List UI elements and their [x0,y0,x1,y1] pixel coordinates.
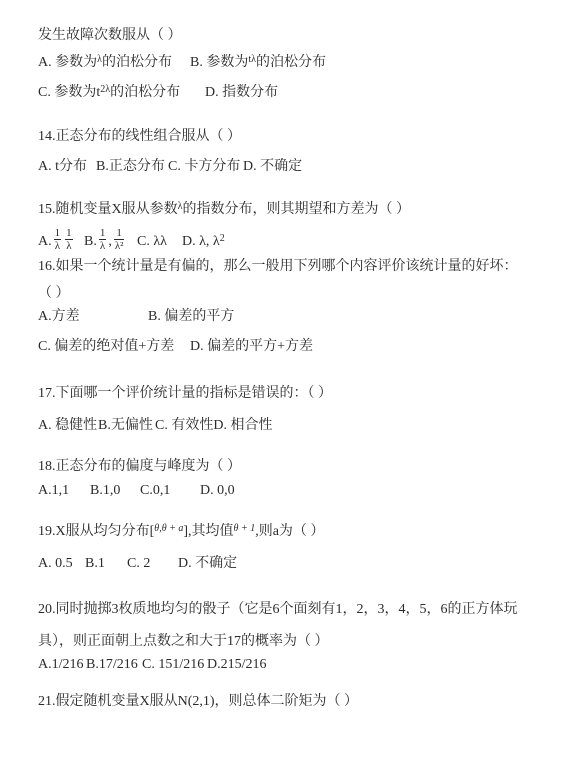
q13-option-a: A. 参数为λ的泊松分布 [38,54,190,72]
q13-option-c-suffix: 的泊松分布 [110,85,180,100]
q18-option-d: D. 0,0 [200,482,235,500]
q13-stem: 发生故障次数服从（ ） [38,27,543,45]
q20-option-c: C. 151/216 [142,656,207,674]
q20-stem-line-2: 具），则正面朝上点数之和大于17的概率为（ ） [38,633,543,651]
q16-options-row-1: A.方差 B. 偏差的平方 [38,308,543,326]
exam-document-page: 发生故障次数服从（ ） A. 参数为λ的泊松分布 B. 参数为tλ的泊松分布 C… [0,0,569,779]
fraction-one-over-lambda: 1λ [99,227,107,252]
q14-option-a: A. t分布 [38,158,96,176]
fraction-one-over-lambda: 1λ [54,227,62,252]
q14-option-d: D. 不确定 [243,158,302,176]
q16-option-c: C. 偏差的绝对值+方差 [38,338,190,356]
q16-stem-parens: （ ） [38,285,543,303]
q16-option-d: D. 偏差的平方+方差 [190,338,313,356]
q15-option-d: D. λ, λ2 [182,233,225,251]
q15-stem: 15.随机变量X服从参数λ的指数分布，则其期望和方差为（ ） [38,201,543,219]
q18-option-a: A.1,1 [38,482,90,500]
q17-stem: 17.下面哪一个评价统计量的指标是错误的：（ ） [38,385,543,403]
q14-option-b: B.正态分布 [96,158,168,176]
q19-options-row: A. 0.5 B.1 C. 2 D. 不确定 [38,555,543,573]
q19-option-b: B.1 [85,555,127,573]
fraction-one-over-lambda: 1λ [65,227,73,252]
q19-mean-superscript: θ + 1 [234,523,256,534]
q13-option-a-suffix: 的泊松分布 [102,55,172,70]
q13-option-b: B. 参数为tλ的泊松分布 [190,54,326,72]
q13-options-row-1: A. 参数为λ的泊松分布 B. 参数为tλ的泊松分布 [38,54,543,72]
q18-option-c: C.0,1 [140,482,200,500]
q13-option-b-prefix: B. 参数为 [190,55,248,70]
q21-stem: 21.假定随机变量X服从N(2,1)，则总体二阶矩为（ ） [38,693,543,711]
q20-option-a: A.1/216 [38,656,86,674]
q16-stem: 16.如果一个统计量是有偏的，那么一般用下列哪个内容评价该统计量的好坏： [38,258,543,276]
q15-option-b-comma: , [108,233,112,251]
q19-interval-superscript: θ,θ + a [154,523,183,534]
q15-option-b-label: B. [84,233,97,251]
q17-options-row: A. 稳健性 B.无偏性 C. 有效性 D. 相合性 [38,417,543,435]
q17-option-a: A. 稳健性 [38,417,98,435]
q13-option-b-superscript: tλ [248,54,256,65]
q15-stem-suffix: 的指数分布，则其期望和方差为（ ） [182,202,410,217]
q17-option-d: D. 相合性 [213,417,272,435]
q15-option-b: B. 1λ , 1λ² [84,226,137,251]
q15-option-a: A. 1λ 1λ [38,226,84,251]
q13-option-a-superscript: λ [97,54,102,65]
q17-option-c: C. 有效性 [155,417,213,435]
q17-option-b: B.无偏性 [98,417,155,435]
q15-option-c: C. λλ [137,233,182,251]
q15-stem-superscript: λ [178,201,183,212]
q16-options-row-2: C. 偏差的绝对值+方差 D. 偏差的平方+方差 [38,338,543,356]
q13-option-c-prefix: C. 参数为t [38,85,100,100]
q14-option-c: C. 卡方分布 [168,158,243,176]
q13-option-d: D. 指数分布 [205,84,278,102]
q14-stem: 14.正态分布的线性组合服从（ ） [38,128,543,146]
q15-stem-prefix: 15.随机变量X服从参数 [38,202,178,217]
q15-options-row: A. 1λ 1λ B. 1λ , 1λ² C. λλ D. λ, λ2 [38,226,543,251]
q16-option-a: A.方差 [38,308,148,326]
q20-option-b: B.17/216 [86,656,142,674]
q20-stem-line-1: 20.同时抛掷3枚质地均匀的骰子（它是6个面刻有1，2，3，4，5，6的正方体玩 [38,601,543,619]
q19-stem: 19.X服从均匀分布[θ,θ + a],其均值θ + 1,则a为（ ） [38,523,543,541]
q19-option-a: A. 0.5 [38,555,85,573]
q18-stem: 18.正态分布的偏度与峰度为（ ） [38,458,543,476]
q13-option-c-superscript: 2λ [100,84,110,95]
q14-options-row: A. t分布 B.正态分布 C. 卡方分布 D. 不确定 [38,158,543,176]
q16-option-b: B. 偏差的平方 [148,308,234,326]
q18-option-b: B.1,0 [90,482,140,500]
q20-options-row: A.1/216 B.17/216 C. 151/216 D.215/216 [38,656,543,674]
q19-stem-prefix: 19.X服从均匀分布[ [38,524,154,539]
q19-option-c: C. 2 [127,555,178,573]
q18-options-row: A.1,1 B.1,0 C.0,1 D. 0,0 [38,482,543,500]
q19-stem-suffix: ,则a为（ ） [255,524,324,539]
q13-option-a-prefix: A. 参数为 [38,55,97,70]
q13-option-c: C. 参数为t2λ的泊松分布 [38,84,205,102]
q19-option-d: D. 不确定 [178,555,237,573]
q20-option-d: D.215/216 [207,656,267,674]
q15-option-d-superscript: 2 [220,233,225,244]
q13-option-b-suffix: 的泊松分布 [256,55,326,70]
q19-stem-middle: ],其均值 [183,524,233,539]
fraction-one-over-lambda-squared: 1λ² [114,227,125,252]
q15-option-a-label: A. [38,233,52,251]
q13-options-row-2: C. 参数为t2λ的泊松分布 D. 指数分布 [38,84,543,102]
q15-option-d-text: D. λ, λ [182,234,220,249]
